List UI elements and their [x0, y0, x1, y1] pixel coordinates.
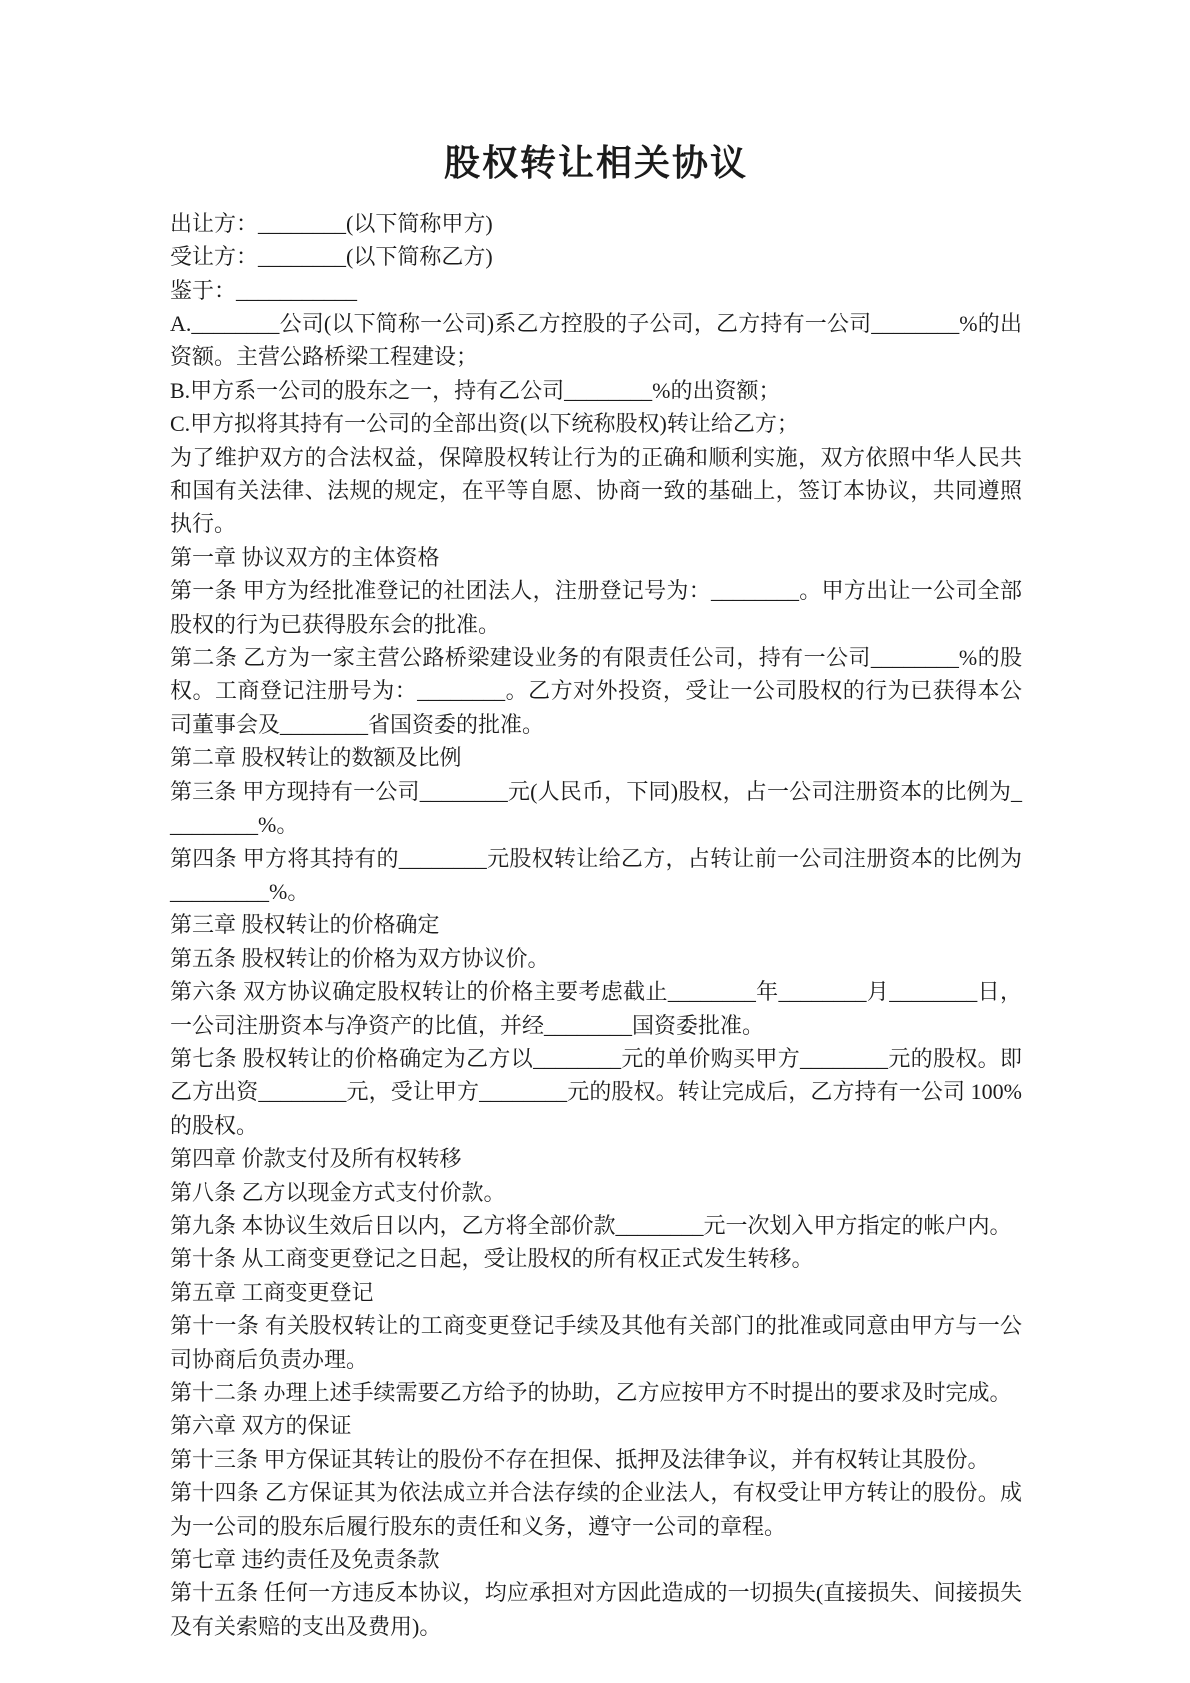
paragraph: 第二条 乙方为一家主营公路桥梁建设业务的有限责任公司，持有一公司________… [170, 641, 1022, 741]
paragraph: 第八条 乙方以现金方式支付价款。 [170, 1176, 1022, 1209]
paragraph: 第五章 工商变更登记 [170, 1276, 1022, 1309]
paragraph: 第十一条 有关股权转让的工商变更登记手续及其他有关部门的批准或同意由甲方与一公司… [170, 1309, 1022, 1376]
paragraph: 出让方：________(以下简称甲方) [170, 207, 1022, 240]
paragraph: 第十四条 乙方保证其为依法成立并合法存续的企业法人，有权受让甲方转让的股份。成为… [170, 1476, 1022, 1543]
paragraph: 第六条 双方协议确定股权转让的价格主要考虑截止________年________… [170, 975, 1022, 1042]
paragraph: 第一章 协议双方的主体资格 [170, 541, 1022, 574]
paragraph: 鉴于：___________ [170, 274, 1022, 307]
paragraph: C.甲方拟将其持有一公司的全部出资(以下统称股权)转让给乙方； [170, 407, 1022, 440]
paragraph: 第六章 双方的保证 [170, 1409, 1022, 1442]
paragraph: 第五条 股权转让的价格为双方协议价。 [170, 942, 1022, 975]
paragraph: 为了维护双方的合法权益，保障股权转让行为的正确和顺利实施，双方依照中华人民共和国… [170, 441, 1022, 541]
paragraph: 第七条 股权转让的价格确定为乙方以________元的单价购买甲方_______… [170, 1042, 1022, 1142]
paragraph: 第四章 价款支付及所有权转移 [170, 1142, 1022, 1175]
paragraph: 第二章 股权转让的数额及比例 [170, 741, 1022, 774]
paragraph: 第三章 股权转让的价格确定 [170, 908, 1022, 941]
paragraph: 第七章 违约责任及免责条款 [170, 1543, 1022, 1576]
paragraph: B.甲方系一公司的股东之一，持有乙公司________%的出资额； [170, 374, 1022, 407]
paragraph: A.________公司(以下简称一公司)系乙方控股的子公司，乙方持有一公司__… [170, 307, 1022, 374]
page-title: 股权转让相关协议 [170, 140, 1022, 187]
paragraph: 第四条 甲方将其持有的________元股权转让给乙方，占转让前一公司注册资本的… [170, 842, 1022, 909]
document-body: 出让方：________(以下简称甲方)受让方：________(以下简称乙方)… [170, 207, 1022, 1643]
paragraph: 第三条 甲方现持有一公司________元(人民币，下同)股权，占一公司注册资本… [170, 775, 1022, 842]
paragraph: 受让方：________(以下简称乙方) [170, 240, 1022, 273]
paragraph: 第十五条 任何一方违反本协议，均应承担对方因此造成的一切损失(直接损失、间接损失… [170, 1576, 1022, 1643]
paragraph: 第十三条 甲方保证其转让的股份不存在担保、抵押及法律争议，并有权转让其股份。 [170, 1443, 1022, 1476]
document-page: 股权转让相关协议 出让方：________(以下简称甲方)受让方：_______… [0, 0, 1190, 1683]
paragraph: 第十条 从工商变更登记之日起，受让股权的所有权正式发生转移。 [170, 1242, 1022, 1275]
paragraph: 第九条 本协议生效后日以内，乙方将全部价款________元一次划入甲方指定的帐… [170, 1209, 1022, 1242]
paragraph: 第十二条 办理上述手续需要乙方给予的协助，乙方应按甲方不时提出的要求及时完成。 [170, 1376, 1022, 1409]
paragraph: 第一条 甲方为经批准登记的社团法人，注册登记号为：________。甲方出让一公… [170, 574, 1022, 641]
